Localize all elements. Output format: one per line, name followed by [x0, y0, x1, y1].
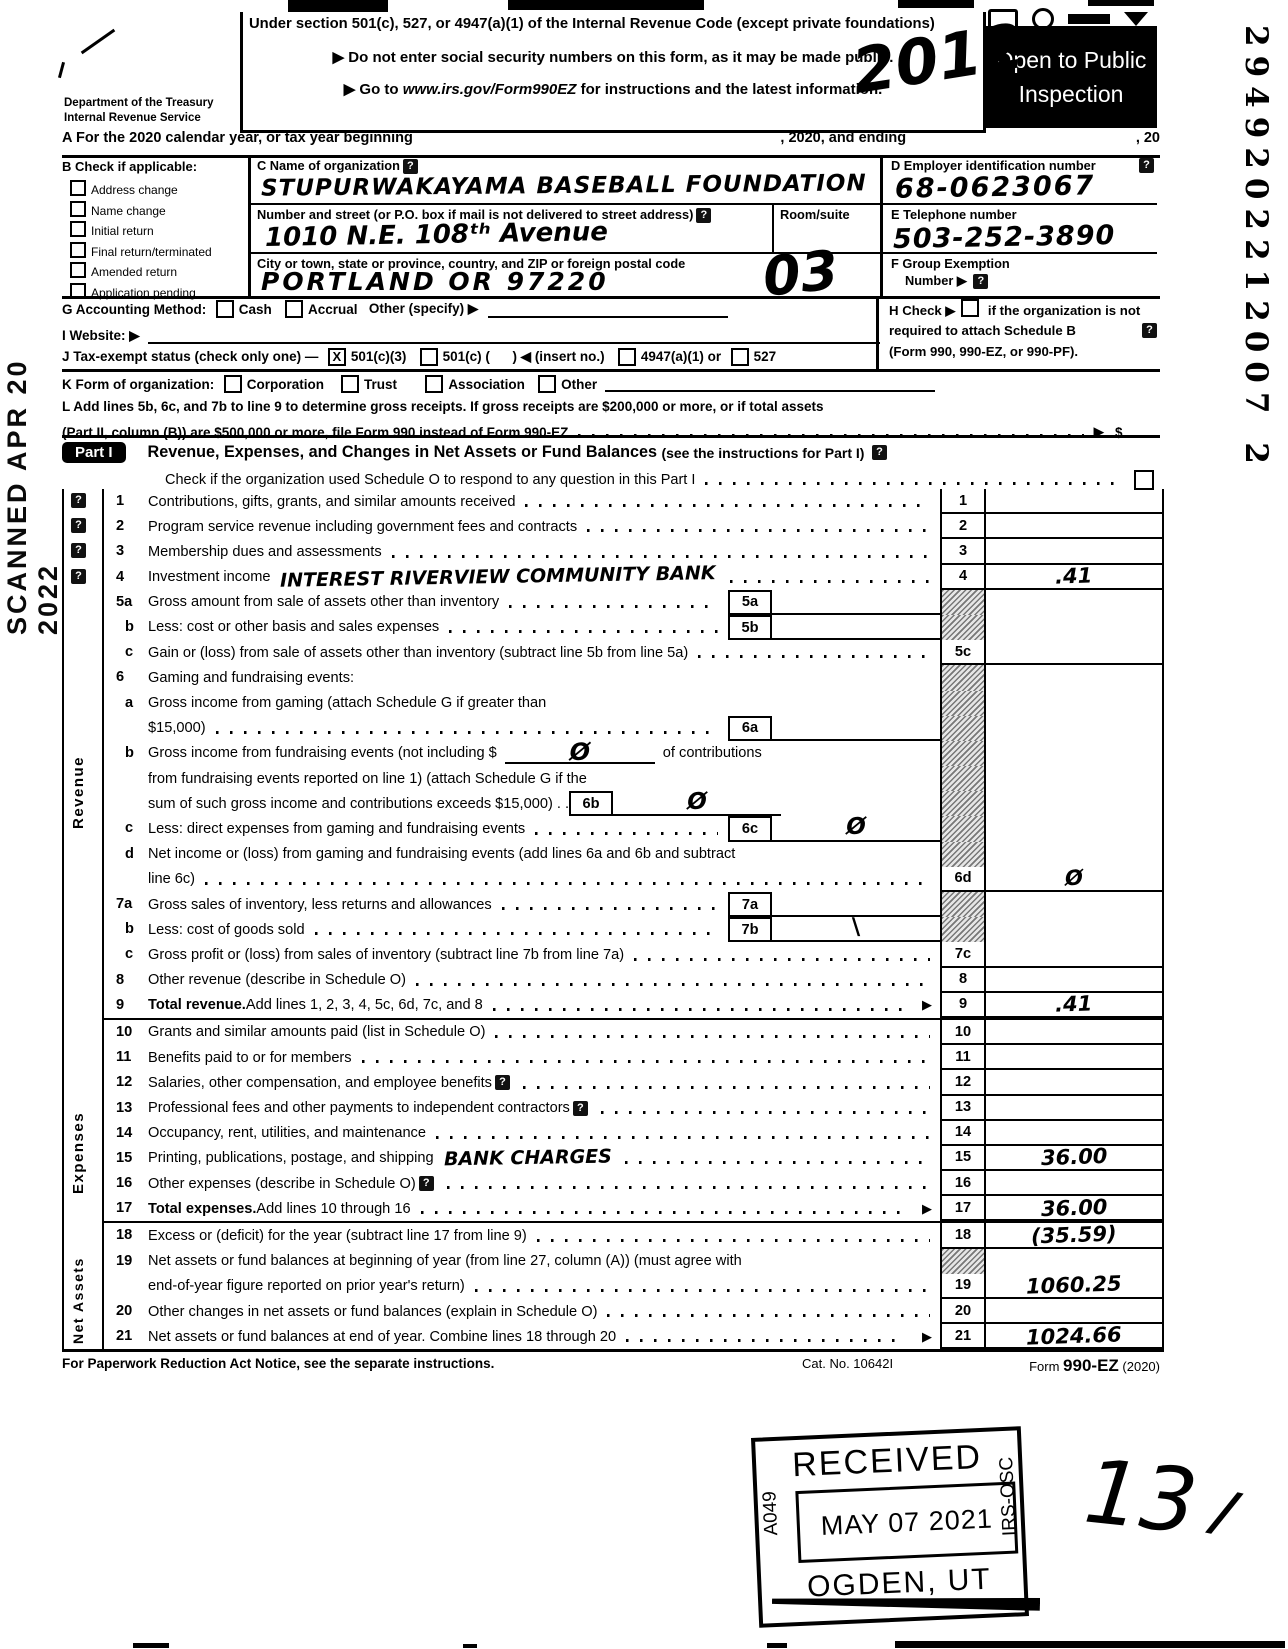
line-number: 12 [104, 1070, 148, 1095]
line-number: 5a [104, 590, 148, 615]
line-number-box: 4 [940, 565, 986, 590]
inner-line-box: 6c [728, 816, 772, 841]
inner-line-value [772, 716, 940, 741]
line-number: 7a [104, 892, 148, 917]
line-label: Net income or (loss) from gaming and fun… [148, 842, 940, 867]
form-line-5c: cGain or (loss) from sale of assets othe… [104, 640, 1162, 665]
line-number: a [104, 691, 148, 716]
group-exemption-label: F Group Exemption [891, 254, 1157, 271]
handwritten-note: INTEREST RIVERVIEW COMMUNITY BANK [270, 561, 720, 594]
amount-cell [986, 1070, 1162, 1095]
form-line-13: cLess: direct expenses from gaming and f… [104, 816, 1162, 841]
line-number: 16 [104, 1171, 148, 1196]
line-number: 13 [104, 1096, 148, 1121]
line-number [104, 1274, 148, 1299]
other-org-blank [605, 376, 935, 392]
form-line-4: ?4Investment incomeINTEREST RIVERVIEW CO… [104, 565, 1162, 590]
amount-cell: Ø [986, 867, 1162, 892]
line-label: Printing, publications, postage, and shi… [148, 1146, 940, 1171]
checkbox-trust [341, 375, 359, 393]
line-label: from fundraising events reported on line… [148, 766, 940, 791]
form-line-7: 6Gaming and fundraising events: [104, 665, 1162, 690]
line-number [104, 766, 148, 791]
hatched-cell [940, 615, 986, 640]
form-line-14: dNet income or (loss) from gaming and fu… [104, 842, 1162, 867]
line-label: Contributions, gifts, grants, and simila… [148, 489, 940, 514]
received-text: RECEIVED [755, 1436, 1018, 1486]
entity-grid: B Check if applicable: Address change Na… [62, 156, 1160, 299]
amount-cell [986, 514, 1162, 539]
amount-cell [986, 615, 1162, 640]
form-line-13: 13Professional fees and other payments t… [104, 1096, 1162, 1121]
section-label-revenue: Revenue [70, 639, 87, 829]
hatched-cell [940, 917, 986, 942]
under-section-text: Under section 501(c), 527, or 4947(a)(1)… [243, 12, 983, 32]
form-line-11: from fundraising events reported on line… [104, 766, 1162, 791]
checkbox-cash [216, 300, 234, 318]
hatched-cell [940, 842, 986, 867]
inner-line-box: 6b [569, 791, 613, 816]
hatched-cell [940, 1249, 986, 1274]
form-line-9: $15,000)6a [104, 716, 1162, 741]
line-label: Membership dues and assessments [148, 539, 940, 564]
checkbox-final-return: Final return/terminated [68, 242, 248, 259]
line-number: 21 [104, 1324, 148, 1349]
paperwork-notice: For Paperwork Reduction Act Notice, see … [62, 1356, 494, 1371]
form-line-11: 11Benefits paid to or for members11 [104, 1045, 1162, 1070]
form-line-12: 12Salaries, other compensation, and empl… [104, 1070, 1162, 1095]
line-label: end-of-year figure reported on prior yea… [148, 1274, 940, 1299]
line-label: Benefits paid to or for members [148, 1045, 940, 1070]
line-number-box: 17 [940, 1196, 986, 1221]
line-label: Gaming and fundraising events: [148, 665, 940, 690]
amount-cell [986, 1020, 1162, 1045]
amount-cell [986, 590, 1162, 615]
line-label: Other expenses (describe in Schedule O)? [148, 1171, 940, 1196]
amount-cell: 36.00 [986, 1146, 1162, 1171]
amount-cell [986, 716, 1162, 741]
amount-cell [986, 539, 1162, 564]
inner-line-value [772, 615, 940, 640]
line-number: 3 [104, 539, 148, 564]
line-number: 17 [104, 1196, 148, 1221]
form-line-4: 5aGross amount from sale of assets other… [104, 590, 1162, 615]
checkbox-other [538, 375, 556, 393]
stamp-code-left: A049 [759, 1491, 783, 1536]
form-line-15: 15Printing, publications, postage, and s… [104, 1146, 1162, 1171]
form-line-9: 9Total revenue. Add lines 1, 2, 3, 4, 5c… [104, 993, 1162, 1018]
amount-cell [986, 665, 1162, 690]
scanned-stamp: SCANNED APR 20 2022 [2, 285, 64, 635]
line-number: b [104, 917, 148, 942]
line-label: Grants and similar amounts paid (list in… [148, 1020, 940, 1045]
handwritten-amount: .41 [1055, 992, 1093, 1017]
line-number: 4 [104, 565, 148, 590]
line-number-box: 21 [940, 1324, 986, 1349]
scan-artifact [898, 0, 974, 8]
scan-artifact [133, 1643, 169, 1648]
line-label: Other changes in net assets or fund bala… [148, 1299, 940, 1324]
form-line-8: 8Other revenue (describe in Schedule O)8 [104, 968, 1162, 993]
form-line-16: 16Other expenses (describe in Schedule O… [104, 1171, 1162, 1196]
received-date: MAY 07 2021 [795, 1481, 1018, 1563]
amount-cell: 36.00 [986, 1196, 1162, 1221]
line-label: Investment incomeINTEREST RIVERVIEW COMM… [148, 565, 940, 590]
checkbox-527 [731, 348, 749, 366]
line-number-box: 3 [940, 539, 986, 564]
handwritten-amount: 36.00 [1040, 1195, 1107, 1221]
form-line-14: 14Occupancy, rent, utilities, and mainte… [104, 1121, 1162, 1146]
part1-title: Revenue, Expenses, and Changes in Net As… [148, 443, 657, 462]
line-label: Total revenue. Add lines 1, 2, 3, 4, 5c,… [148, 993, 940, 1018]
line-label: Less: cost of goods sold7b∖ [148, 917, 940, 942]
hatched-cell [940, 791, 986, 816]
handwritten-amount: .41 [1055, 564, 1093, 589]
hatched-cell [940, 892, 986, 917]
line-label: line 6c) [148, 867, 940, 892]
checkbox-schedule-b [961, 299, 979, 317]
checkbox-accrual [285, 300, 303, 318]
form-line-3: ?3Membership dues and assessments3 [104, 539, 1162, 564]
inner-line-box: 5a [728, 590, 772, 615]
form-line-10: 10Grants and similar amounts paid (list … [104, 1018, 1162, 1045]
page-footer: For Paperwork Reduction Act Notice, see … [62, 1356, 1160, 1371]
line-number-box: 6d [940, 867, 986, 892]
line-label: Total expenses. Add lines 10 through 16▶ [148, 1196, 940, 1221]
line-label: Less: cost or other basis and sales expe… [148, 615, 940, 640]
line-number: 18 [104, 1223, 148, 1248]
checkbox-address-change: Address change [68, 180, 248, 197]
form-line-17: bLess: cost of goods sold7b∖ [104, 917, 1162, 942]
inner-line-value: Ø [772, 816, 940, 841]
arrow-icon: ▶ [922, 997, 932, 1013]
form-line-2: ?2Program service revenue including gove… [104, 514, 1162, 539]
form-line-17: 17Total expenses. Add lines 10 through 1… [104, 1196, 1162, 1221]
checkbox-501c3-checked: X [328, 348, 346, 366]
line-number: 6 [104, 665, 148, 690]
amount-cell [986, 640, 1162, 665]
city-value: PORTLAND OR 97220 [261, 267, 609, 296]
other-specify-blank [488, 300, 728, 318]
arrow-icon: ▶ [922, 1329, 932, 1345]
form-line-8: aGross income from gaming (attach Schedu… [104, 691, 1162, 716]
line-number-box: 18 [940, 1223, 986, 1248]
amount-cell [986, 766, 1162, 791]
form-line-7c: cGross profit or (loss) from sales of in… [104, 942, 1162, 967]
line-number-box: 13 [940, 1096, 986, 1121]
help-icon: ? [495, 1075, 510, 1090]
checkbox-initial-return: Initial return [68, 221, 248, 238]
catalog-number: Cat. No. 10642I [802, 1356, 893, 1371]
checkbox-amended-return: Amended return [68, 262, 248, 279]
amount-cell [986, 816, 1162, 841]
scan-artifact [508, 0, 704, 10]
scan-artifact [81, 29, 115, 54]
scan-artifact [895, 1641, 1285, 1648]
inner-line-box: 7a [728, 892, 772, 917]
hatched-cell [940, 816, 986, 841]
amount-cell: (35.59) [986, 1223, 1162, 1248]
schedule-o-check-text: Check if the organization used Schedule … [165, 472, 695, 488]
amount-cell: 1060.25 [986, 1274, 1162, 1299]
line-number: c [104, 942, 148, 967]
checkbox-corporation [224, 375, 242, 393]
line-number-box: 9 [940, 993, 986, 1018]
amount-cell: .41 [986, 565, 1162, 590]
form-line-19: end-of-year figure reported on prior yea… [104, 1274, 1162, 1299]
line-number: 15 [104, 1146, 148, 1171]
form-line-5: bLess: cost or other basis and sales exp… [104, 615, 1162, 640]
line-number-box: 10 [940, 1020, 986, 1045]
handwritten-amount: 1060.25 [1026, 1272, 1122, 1299]
amount-cell [986, 741, 1162, 766]
ghijkl-block: H Check ▶ if the organization is not req… [62, 296, 1160, 444]
section-label-expenses: Expenses [70, 1044, 87, 1194]
amount-cell: .41 [986, 993, 1162, 1018]
help-icon: ? [1139, 158, 1154, 173]
gross-receipts-line1: L Add lines 5b, 6c, and 7b to line 9 to … [62, 396, 1160, 420]
amount-cell [986, 1121, 1162, 1146]
inner-line-box: 6a [728, 716, 772, 741]
help-icon: ? [71, 543, 86, 558]
scan-artifact [288, 0, 388, 12]
street-value: 1010 N.E. 108ᵗʰ Avenue [265, 217, 608, 253]
amount-cell [986, 968, 1162, 993]
line-number-box: 5c [940, 640, 986, 665]
tax-year-row: A For the 2020 calendar year, or tax yea… [62, 130, 1160, 158]
inner-line-value: ∖ [772, 917, 940, 942]
scan-artifact [767, 1643, 787, 1648]
hatched-cell [940, 691, 986, 716]
irs-url: www.irs.gov/Form990EZ [403, 81, 577, 98]
scan-artifact [58, 62, 65, 78]
help-icon: ? [71, 569, 86, 584]
amount-cell [986, 842, 1162, 867]
form-of-organization-row: K Form of organization: Corporation Trus… [62, 372, 1160, 396]
line-number: 9 [104, 993, 148, 1018]
line-number [104, 791, 148, 816]
line-number-box: 12 [940, 1070, 986, 1095]
form-990ez-scan: SCANNED APR 20 2022 2949202212007 2 Depa… [0, 0, 1288, 1649]
form-line-18: 18Excess or (deficit) for the year (subt… [104, 1221, 1162, 1248]
line-label: sum of such gross income and contributio… [148, 791, 940, 816]
checkbox-501c [420, 348, 438, 366]
dln-serial-number: 2949202212007 2 [1238, 25, 1274, 505]
help-icon: ? [1142, 323, 1157, 338]
identification-column: D Employer identification number? 68-062… [883, 156, 1157, 296]
help-icon: ? [872, 445, 887, 460]
agency-line2: Internal Revenue Service [64, 112, 201, 124]
line-number: b [104, 615, 148, 640]
form-line-12: sum of such gross income and contributio… [104, 791, 1162, 816]
line-number: 1 [104, 489, 148, 514]
line-label: Salaries, other compensation, and employ… [148, 1070, 940, 1095]
inner-line-box: 7b [728, 917, 772, 942]
line-number: b [104, 741, 148, 766]
phone-label: E Telephone number [891, 205, 1157, 222]
help-icon: ? [696, 208, 711, 223]
form-line-21: 21Net assets or fund balances at end of … [104, 1324, 1162, 1349]
form-line-16: 7aGross sales of inventory, less returns… [104, 892, 1162, 917]
line-number [104, 867, 148, 892]
line-label: $15,000)6a [148, 716, 940, 741]
amount-cell [986, 1299, 1162, 1324]
checkbox-name-change: Name change [68, 201, 248, 218]
line-label: Gross income from gaming (attach Schedul… [148, 691, 940, 716]
inner-line-value [772, 590, 940, 615]
scan-artifact [463, 1644, 477, 1648]
form-line-20: 20Other changes in net assets or fund ba… [104, 1299, 1162, 1324]
amount-cell [986, 1171, 1162, 1196]
agency-label: Department of the Treasury Internal Reve… [64, 96, 254, 126]
form-line-30: 19Net assets or fund balances at beginni… [104, 1249, 1162, 1274]
amount-cell [986, 1096, 1162, 1121]
check-if-applicable: B Check if applicable: Address change Na… [62, 156, 248, 296]
line-number: c [104, 816, 148, 841]
line-number-box: 7c [940, 942, 986, 967]
checkbox-association [425, 375, 443, 393]
handwritten-mark: 13 [1080, 1439, 1202, 1553]
amount-cell [986, 1249, 1162, 1274]
line-number: 11 [104, 1045, 148, 1070]
part1-header: Part I Revenue, Expenses, and Changes in… [62, 435, 1160, 492]
line-number: 8 [104, 968, 148, 993]
line-number: 10 [104, 1020, 148, 1045]
form-line-1: ?1Contributions, gifts, grants, and simi… [104, 489, 1162, 514]
hatched-cell [940, 766, 986, 791]
website-row: I Website: ▶ [62, 322, 880, 344]
form-number: Form 990-EZ (2020) [1029, 1356, 1160, 1376]
handwritten-zero: Ø [505, 742, 655, 764]
line-number-box: 1 [940, 489, 986, 514]
line-label: Net assets or fund balances at beginning… [148, 1249, 940, 1274]
help-icon: ? [71, 518, 86, 533]
inner-line-box: 5b [728, 615, 772, 640]
line-label: Other revenue (describe in Schedule O) [148, 968, 940, 993]
amount-cell [986, 1045, 1162, 1070]
phone-value: 503-252-3890 [893, 220, 1116, 255]
line-number-box: 11 [940, 1045, 986, 1070]
help-icon: ? [419, 1176, 434, 1191]
line-label: Net assets or fund balances at end of ye… [148, 1324, 940, 1349]
line-number-box: 16 [940, 1171, 986, 1196]
line-number: c [104, 640, 148, 665]
hatched-cell [940, 716, 986, 741]
line-number: 2 [104, 514, 148, 539]
line-label: Gross sales of inventory, less returns a… [148, 892, 940, 917]
line-label: Gross amount from sale of assets other t… [148, 590, 940, 615]
line-number-box: 19 [940, 1274, 986, 1299]
handwritten-amount: 1024.66 [1026, 1322, 1122, 1349]
website-blank [148, 328, 880, 344]
line-number-box: 14 [940, 1121, 986, 1146]
amount-cell [986, 489, 1162, 514]
handwritten-amount: (35.59) [1031, 1222, 1117, 1249]
arrow-icon: ▶ [922, 1201, 932, 1217]
inner-line-value [772, 892, 940, 917]
line-number-box: 20 [940, 1299, 986, 1324]
line-number: 14 [104, 1121, 148, 1146]
line-label: Program service revenue including govern… [148, 514, 940, 539]
help-icon: ? [573, 1101, 588, 1116]
section-label-net-assets: Net Assets [70, 1204, 86, 1344]
checkbox-4947a1 [618, 348, 636, 366]
amount-cell [986, 791, 1162, 816]
org-name-value: STUPURWAKAYAMA BASEBALL FOUNDATION [261, 170, 867, 201]
organization-column: C Name of organization? STUPURWAKAYAMA B… [248, 156, 883, 296]
handwritten-amount: Ø [1065, 866, 1084, 891]
handwritten-amount: 36.00 [1040, 1144, 1107, 1170]
line-number: 20 [104, 1299, 148, 1324]
line-label: Less: direct expenses from gaming and fu… [148, 816, 940, 841]
hatched-cell [940, 665, 986, 690]
amount-cell [986, 917, 1162, 942]
hatched-cell [940, 590, 986, 615]
line-number-box: 8 [940, 968, 986, 993]
line-label: Gross income from fundraising events (no… [148, 741, 940, 766]
amount-cell [986, 691, 1162, 716]
part1-badge: Part I [62, 442, 126, 463]
line-label: Gross profit or (loss) from sales of inv… [148, 942, 940, 967]
checkbox-schedule-o [1134, 470, 1154, 490]
help-icon: ? [973, 274, 988, 289]
line-label: Occupancy, rent, utilities, and maintena… [148, 1121, 940, 1146]
inner-line-value: Ø [613, 791, 781, 816]
line-number-box: 15 [940, 1146, 986, 1171]
stamp-code-right: IRS-OSC [996, 1456, 1021, 1536]
scan-artifact [1088, 0, 1154, 6]
form-line-10: bGross income from fundraising events (n… [104, 741, 1162, 766]
amount-cell [986, 942, 1162, 967]
agency-line1: Department of the Treasury [64, 97, 214, 109]
form-line-6d: line 6c)6dØ [104, 867, 1162, 892]
handwritten-note: BANK CHARGES [433, 1144, 615, 1172]
hatched-cell [940, 741, 986, 766]
schedule-b-check: H Check ▶ if the organization is not req… [876, 296, 1160, 372]
line-number: 19 [104, 1249, 148, 1274]
line-label: Professional fees and other payments to … [148, 1096, 940, 1121]
received-stamp: RECEIVED MAY 07 2021 OGDEN, UT A049 IRS-… [751, 1426, 1029, 1628]
part1-table: Revenue Expenses Net Assets ?1Contributi… [62, 489, 1164, 1352]
help-icon: ? [71, 493, 86, 508]
part1-table-rows: ?1Contributions, gifts, grants, and simi… [102, 489, 1162, 1349]
help-icon: ? [403, 159, 418, 174]
amount-cell [986, 892, 1162, 917]
line-number-box: 2 [940, 514, 986, 539]
line-number: d [104, 842, 148, 867]
accounting-method-row: G Accounting Method: Cash Accrual Other … [62, 296, 882, 322]
ein-value: 68-0623067 [895, 170, 1096, 204]
handwritten-slash: / [1208, 1479, 1242, 1547]
amount-cell: 1024.66 [986, 1324, 1162, 1349]
line-label: Excess or (deficit) for the year (subtra… [148, 1223, 940, 1248]
line-number [104, 716, 148, 741]
line-label: Gain or (loss) from sale of assets other… [148, 640, 940, 665]
